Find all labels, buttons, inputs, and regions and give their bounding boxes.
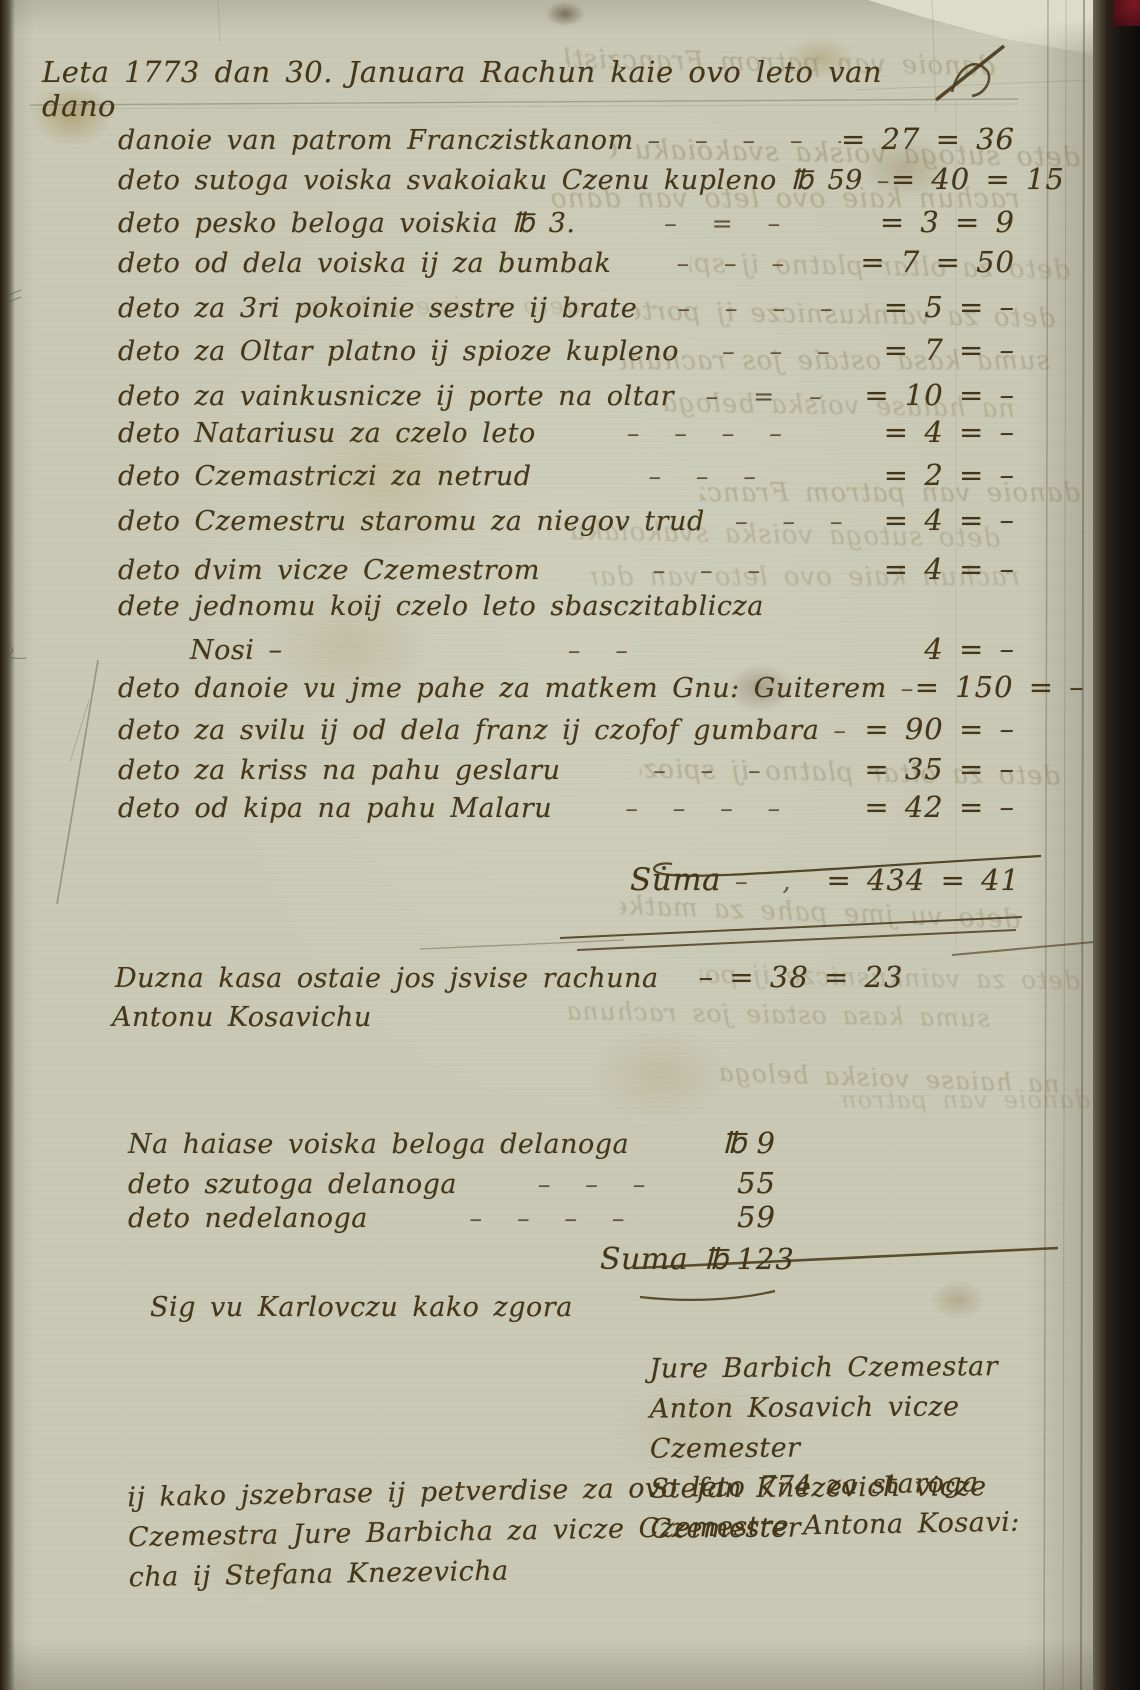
ledger-leader-dashes: – –: [887, 672, 915, 706]
ledger-entry-value: = 4 = –: [884, 503, 1015, 537]
page-stack-edge: [1093, 0, 1140, 1690]
ledger-entry-value: = 10 = –: [864, 378, 1015, 412]
signature: Anton Kosavich vicze Czemester: [650, 1386, 1101, 1469]
ledger-entry-label: deto dvim vicze Czemestrom: [118, 554, 540, 588]
inventory-value: 9: [757, 1126, 776, 1160]
inventory-row: deto nedelanoga – – – – 59: [128, 1200, 776, 1234]
ledger-row: deto dvim vicze Czemestrom – – – = 4 = –: [118, 552, 1015, 588]
ledger-entry-label: deto za Oltar platno ij spioze kupleno: [118, 335, 679, 369]
ledger-entry-label: dete jednomu koij czelo leto sbasczitabl…: [118, 590, 1015, 624]
inventory-label: deto nedelanoga: [128, 1203, 368, 1234]
inventory-leader-dashes: – – –: [457, 1170, 737, 1199]
ledger-leader-dashes: – – –: [705, 505, 884, 539]
ledger-entry-value: = 42 = –: [864, 790, 1015, 824]
ledger-leader-dashes: – = –: [576, 207, 880, 241]
balance-value: – = 38 = 23: [699, 960, 904, 994]
ledger-entry-value: = 5 = –: [884, 290, 1015, 324]
inventory-value: 59: [737, 1200, 776, 1234]
balance-line: Duzna kasa ostaie jos jsvise rachuna – =…: [115, 960, 903, 994]
ledger-entry-label: deto pesko beloga voiskia ℔ 3.: [118, 207, 576, 241]
ledger-row: deto za 3ri pokoinie sestre ij brate – –…: [118, 290, 1015, 326]
ledger-leader-dashes: – = –: [863, 164, 891, 198]
ledger-row: danoie van patrom Franczistkanom – – – –…: [118, 122, 1015, 158]
ledger-entry-label: deto za 3ri pokoinie sestre ij brate: [118, 292, 637, 326]
ledger-entry-label: deto Natariusu za czelo leto: [118, 417, 536, 451]
ledger-entry-value: = 4 = –: [884, 552, 1015, 586]
signature: Jure Barbich Czemestar: [649, 1346, 1099, 1389]
ledger-leader-dashes: – – –: [532, 460, 884, 494]
place-line: Sig vu Karlovczu kako zgora: [150, 1292, 573, 1323]
ledger-entry-label: deto Czemastriczi za netrud: [118, 460, 532, 494]
ledger-leader-dashes: – = –: [674, 380, 864, 414]
ledger-entry-label: danoie van patrom Franczistkanom: [118, 124, 634, 158]
ledger-row: deto pesko beloga voiskia ℔ 3. – = – = 3…: [118, 205, 1015, 241]
ledger-entry-label: deto Czemestru staromu za niegov trud: [118, 505, 705, 539]
ledger-row: deto za svilu ij od dela franz ij czofof…: [118, 712, 1015, 748]
book-gutter-edge: [0, 0, 15, 1690]
ledger-entry-value: = 35 = –: [864, 752, 1015, 786]
ledger-leader-dashes: – – –: [679, 335, 884, 369]
ledger-row: deto Czemestru staromu za niegov trud – …: [118, 503, 1015, 539]
ledger-leader-dashes: – – – –: [536, 417, 884, 451]
ledger-entry-label: deto za vainkusnicze ij porte na oltar: [118, 380, 674, 414]
document-title: Leta 1773 dan 30. Januara Rachun kaie ov…: [42, 55, 942, 123]
ledger-entry-label: deto od dela voiska ij za bumbak: [118, 247, 611, 281]
pound-sign: ℔: [722, 1126, 746, 1160]
balance-text: Duzna kasa ostaie jos jsvise rachuna: [115, 963, 659, 994]
ledger-row: deto sutoga voiska svakoiaku Czenu kuple…: [118, 162, 1015, 198]
ledger-entry-value: = 3 = 9: [880, 205, 1015, 239]
inventory-suma-value: 123: [736, 1242, 794, 1276]
inventory-label: deto szutoga delanoga: [128, 1169, 457, 1200]
ledger-leader-dashes: – – – –: [637, 292, 884, 326]
ledger-entry-label-continued: Nosi –: [190, 634, 282, 668]
ledger-row: deto za kriss na pahu geslaru – – – = 35…: [118, 752, 1015, 788]
ledger-entry-value: = 90 = –: [864, 712, 1015, 746]
ledger-entry-value: = 150 = –: [915, 670, 1085, 704]
inventory-row: Na haiase voiska beloga delanoga ℔ 9: [128, 1126, 776, 1160]
ledger-leader-dashes: – – – –: [552, 792, 864, 826]
confirmation-paragraph: ij kako jszebrase ij petverdise za ovo l…: [127, 1462, 1069, 1598]
ledger-entry-value: = 4 = –: [884, 415, 1015, 449]
ledger-entry-label: deto za kriss na pahu geslaru: [118, 754, 561, 788]
ledger-entry-value: 4 = –: [924, 632, 1015, 666]
ledger-entry-value: = 7 = –: [884, 333, 1015, 367]
ledger-leader-dashes: – –: [819, 714, 864, 748]
inventory-label: Na haiase voiska beloga delanoga: [128, 1129, 629, 1160]
ledger-entry-value: = 2 = –: [884, 458, 1015, 492]
ledger-leader-dashes: – – –: [611, 247, 860, 281]
ledger-entry-label: deto za svilu ij od dela franz ij czofof…: [118, 714, 819, 748]
ledger-row: deto danoie vu jme pahe za matkem Gnu: G…: [118, 670, 1015, 706]
ledger-row: deto od dela voiska ij za bumbak – – – =…: [118, 245, 1015, 281]
inventory-row: deto szutoga delanoga – – – 55: [128, 1166, 776, 1200]
ledger-entry-value: = 40 = 15: [891, 162, 1065, 196]
ledger-entry-value: = 7 = 50: [860, 245, 1015, 279]
ledger-entry-label: deto sutoga voiska svakoiaku Czenu kuple…: [118, 164, 863, 198]
ledger-leader-dashes: – – –: [540, 554, 884, 588]
ledger-entry-label: deto danoie vu jme pahe za matkem Gnu: G…: [118, 672, 887, 706]
inventory-suma-row: Suma ℔ 123: [600, 1242, 795, 1277]
binding-corner: [1113, 0, 1140, 26]
inventory-leader-dashes: – – – –: [368, 1204, 737, 1233]
ledger-leader-dashes: – – –: [561, 754, 865, 788]
ledger-row: deto od kipa na pahu Malaru – – – – = 42…: [118, 790, 1015, 826]
suma-row: Suma – , – = 434 = 41: [630, 862, 1020, 898]
ledger-leader-dashes: – –: [282, 634, 924, 668]
pound-sign: ℔: [704, 1242, 728, 1276]
ledger-entry-value: = 27 = 36: [841, 122, 1015, 156]
ledger-row: deto za vainkusnicze ij porte na oltar –…: [118, 378, 1015, 414]
suma-label: Suma: [630, 862, 721, 898]
ledger-entry-label: deto od kipa na pahu Malaru: [118, 792, 552, 826]
ledger-row: deto Natariusu za czelo leto – – – – = 4…: [118, 415, 1015, 451]
ledger-row: deto Czemastriczi za netrud – – – = 2 = …: [118, 458, 1015, 494]
suma-value: = 434 = 41: [826, 863, 1020, 897]
balance-creditor: Antonu Kosavichu: [112, 1002, 372, 1033]
inventory-value: 55: [737, 1166, 776, 1200]
ledger-row: dete jednomu koij czelo leto sbasczitabl…: [118, 590, 1015, 668]
suma-leader-dashes: – , –: [721, 867, 826, 896]
ledger-leader-dashes: – – – – –: [634, 124, 841, 158]
inventory-suma-label: Suma: [600, 1242, 688, 1277]
manuscript-page: danoie van patrom Franczistkanomdeto sut…: [0, 0, 1140, 1690]
ledger-row: deto za Oltar platno ij spioze kupleno –…: [118, 333, 1015, 369]
